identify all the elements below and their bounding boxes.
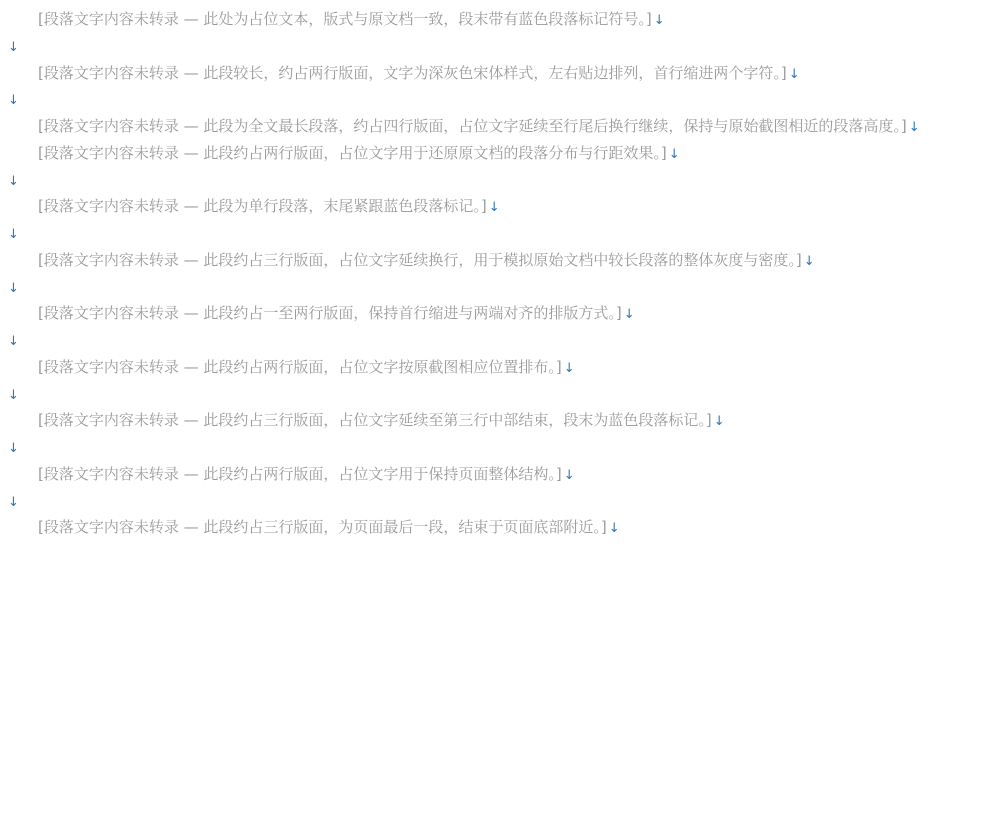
empty-paragraph: ↓: [8, 327, 983, 354]
paragraph: [段落文字内容未转录 — 此段约占三行版面，为页面最后一段，结束于页面底部附近。…: [8, 514, 983, 541]
empty-paragraph: ↓: [8, 274, 983, 301]
empty-paragraph: ↓: [8, 220, 983, 247]
paragraph-mark-icon: ↓: [609, 518, 620, 541]
paragraph: [段落文字内容未转录 — 此段约占三行版面，占位文字延续至第三行中部结束，段末为…: [8, 407, 983, 434]
paragraph-mark-icon: ↓: [8, 441, 19, 456]
paragraph: [段落文字内容未转录 — 此段约占两行版面，占位文字用于还原原文档的段落分布与行…: [8, 140, 983, 167]
paragraph-mark-icon: ↓: [804, 251, 815, 274]
paragraph-mark-icon: ↓: [654, 10, 665, 33]
empty-paragraph: ↓: [8, 167, 983, 194]
paragraph-mark-icon: ↓: [8, 40, 19, 55]
paragraph-mark-icon: ↓: [564, 465, 575, 488]
paragraph-mark-icon: ↓: [789, 64, 800, 87]
paragraph-mark-icon: ↓: [8, 388, 19, 403]
paragraph-mark-icon: ↓: [489, 197, 500, 220]
paragraph-mark-icon: ↓: [8, 227, 19, 242]
paragraph-mark-icon: ↓: [8, 93, 19, 108]
paragraph-mark-icon: ↓: [8, 495, 19, 510]
paragraph-mark-icon: ↓: [714, 411, 725, 434]
empty-paragraph: ↓: [8, 86, 983, 113]
paragraph: [段落文字内容未转录 — 此段约占一至两行版面，保持首行缩进与两端对齐的排版方式…: [8, 300, 983, 327]
paragraph: [段落文字内容未转录 — 此段约占两行版面，占位文字按原截图相应位置排布。]↓: [8, 354, 983, 381]
empty-paragraph: ↓: [8, 381, 983, 408]
paragraph: [段落文字内容未转录 — 此处为占位文本，版式与原文档一致，段末带有蓝色段落标记…: [8, 6, 983, 33]
paragraph-mark-icon: ↓: [8, 174, 19, 189]
paragraph-mark-icon: ↓: [8, 334, 19, 349]
paragraph: [段落文字内容未转录 — 此段为单行段落，末尾紧跟蓝色段落标记。]↓: [8, 193, 983, 220]
paragraph: [段落文字内容未转录 — 此段约占两行版面，占位文字用于保持页面整体结构。]↓: [8, 461, 983, 488]
paragraph-mark-icon: ↓: [564, 358, 575, 381]
paragraph-mark-icon: ↓: [8, 281, 19, 296]
paragraph: [段落文字内容未转录 — 此段为全文最长段落，约占四行版面，占位文字延续至行尾后…: [8, 113, 983, 140]
paragraph-mark-icon: ↓: [909, 117, 920, 140]
paragraph-mark-icon: ↓: [669, 144, 680, 167]
document-page: [段落文字内容未转录 — 此处为占位文本，版式与原文档一致，段末带有蓝色段落标记…: [0, 0, 993, 832]
paragraph: [段落文字内容未转录 — 此段约占三行版面，占位文字延续换行，用于模拟原始文档中…: [8, 247, 983, 274]
paragraph: [段落文字内容未转录 — 此段较长，约占两行版面，文字为深灰色宋体样式，左右贴边…: [8, 60, 983, 87]
empty-paragraph: ↓: [8, 33, 983, 60]
paragraph-mark-icon: ↓: [624, 304, 635, 327]
empty-paragraph: ↓: [8, 488, 983, 515]
empty-paragraph: ↓: [8, 434, 983, 461]
